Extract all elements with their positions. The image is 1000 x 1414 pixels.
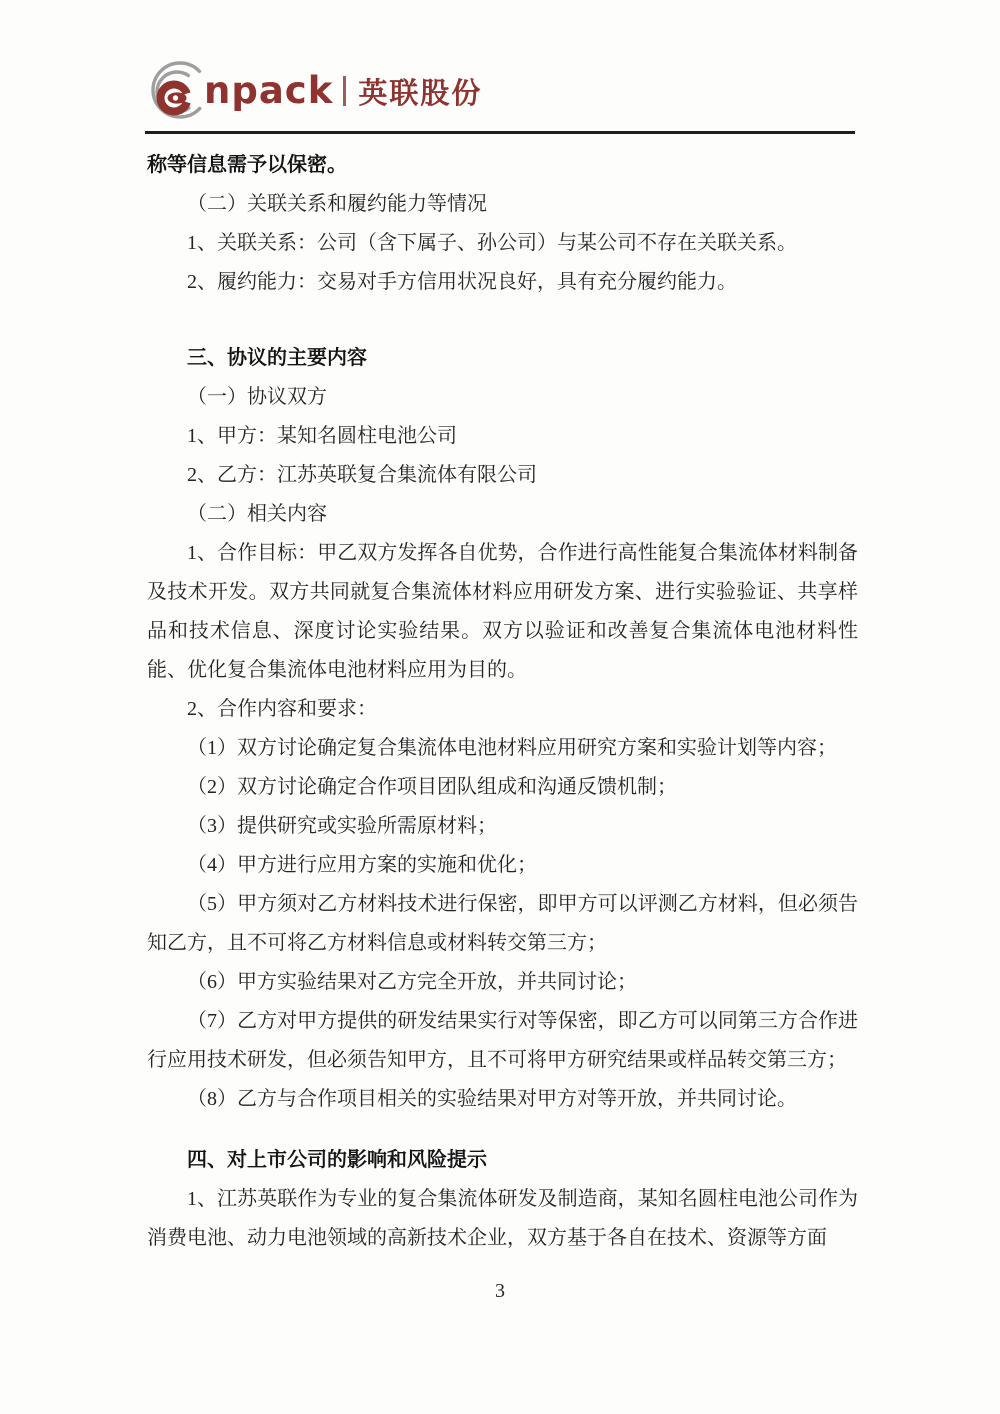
item-cooperation-requirements-heading: 2、合作内容和要求： [147,690,858,729]
requirement-8: （8）乙方与合作项目相关的实验结果对甲方对等开放，并共同讨论。 [147,1080,858,1119]
carryover-confidentiality-line: 称等信息需予以保密。 [147,146,858,185]
enpack-logo-icon [146,61,210,125]
item-cooperation-goal: 1、合作目标：甲乙双方发挥各自优势，合作进行高性能复合集流体材料制备及技术开发。… [147,534,858,690]
page-number: 3 [0,1280,1000,1303]
requirement-2: （2）双方讨论确定合作项目团队组成和沟通反馈机制； [147,768,858,807]
document-body: 称等信息需予以保密。 （二）关联关系和履约能力等情况 1、关联关系：公司（含下属… [147,146,858,1258]
brand-wordmark: npack [204,72,333,115]
subsection-2-heading-related-content: （二）相关内容 [147,495,858,534]
item-party-a: 1、甲方：某知名圆柱电池公司 [147,417,858,456]
requirement-1: （1）双方讨论确定复合集流体电池材料应用研究方案和实验计划等内容； [147,729,858,768]
requirement-6: （6）甲方实验结果对乙方完全开放，并共同讨论； [147,963,858,1002]
item-party-b: 2、乙方：江苏英联复合集流体有限公司 [147,456,858,495]
page-header: npack 英联股份 [146,60,856,126]
impact-paragraph-1: 1、江苏英联作为专业的复合集流体研发及制造商，某知名圆柱电池公司作为消费电池、动… [147,1180,858,1258]
company-name: 英联股份 [358,71,482,116]
subsection-2-heading-relationship: （二）关联关系和履约能力等情况 [147,185,858,224]
requirement-5: （5）甲方须对乙方材料技术进行保密，即甲方可以评测乙方材料，但必须告知乙方，且不… [147,885,858,963]
header-divider [145,131,855,134]
requirement-7: （7）乙方对甲方提供的研发结果实行对等保密，即乙方可以同第三方合作进行应用技术研… [147,1002,858,1080]
section-4-heading-impact-risk: 四、对上市公司的影响和风险提示 [147,1141,858,1180]
section-3-heading-agreement-content: 三、协议的主要内容 [147,339,858,378]
requirement-3: （3）提供研究或实验所需原材料； [147,807,858,846]
item-relationship: 1、关联关系：公司（含下属子、孙公司）与某公司不存在关联关系。 [147,224,858,263]
brand-separator [343,76,346,106]
requirement-4: （4）甲方进行应用方案的实施和优化； [147,846,858,885]
item-performance-capability: 2、履约能力：交易对手方信用状况良好，具有充分履约能力。 [147,263,858,302]
document-page: npack 英联股份 称等信息需予以保密。 （二）关联关系和履约能力等情况 1、… [0,0,1000,1414]
subsection-1-heading-parties: （一）协议双方 [147,378,858,417]
